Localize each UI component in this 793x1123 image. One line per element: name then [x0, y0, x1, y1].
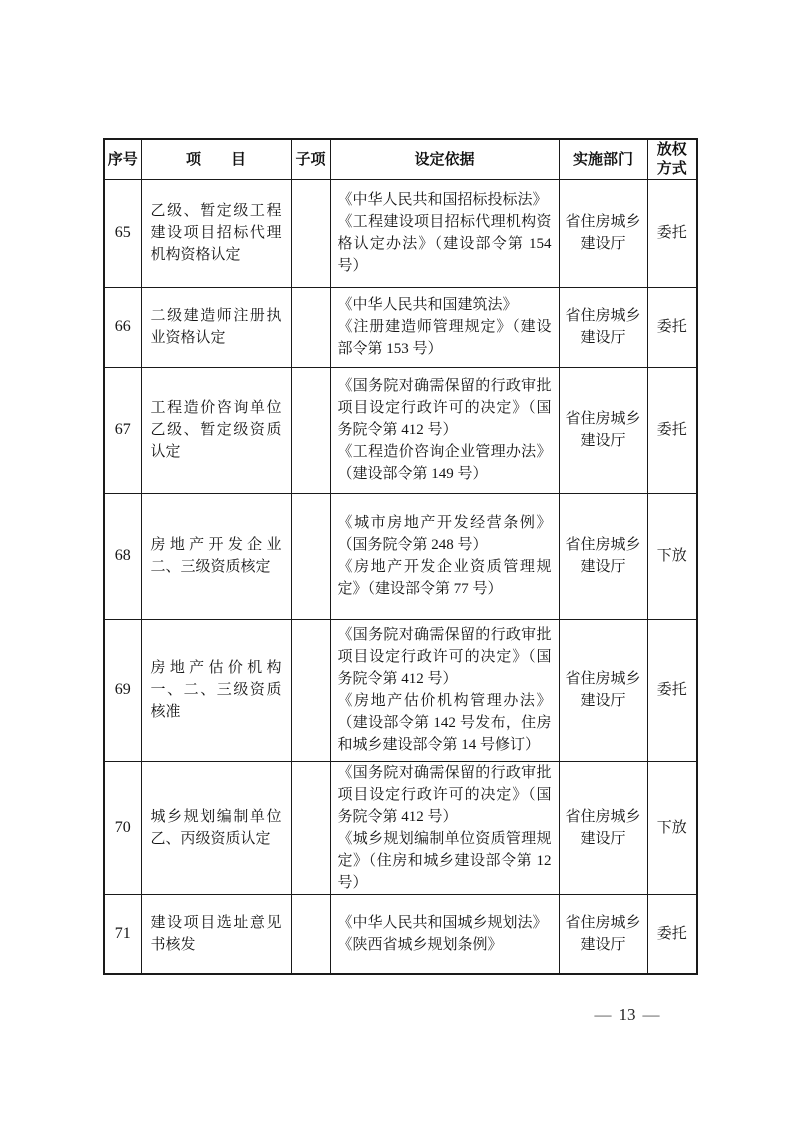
subitem [291, 179, 330, 287]
basis-citation: 《国务院对确需保留的行政审批项目设定行政许可的决定》（国务院令第 412 号） [338, 375, 552, 441]
subitem [291, 287, 330, 367]
project-name: 房地产开发企业二、三级资质核定 [151, 534, 282, 578]
department: 省住房城乡建设厅 [559, 894, 647, 974]
serial-number: 66 [104, 287, 141, 367]
serial-number: 71 [104, 894, 141, 974]
basis-citation: 《国务院对确需保留的行政审批项目设定行政许可的决定》（国务院令第 412 号） [338, 624, 552, 690]
basis-citation: 《工程建设项目招标代理机构资格认定办法》（建设部令第 154 号） [338, 211, 552, 277]
subitem [291, 493, 330, 619]
department: 省住房城乡建设厅 [559, 619, 647, 761]
table-header-row: 序号 项 目 子项 设定依据 实施部门 放权方式 [104, 139, 697, 179]
department: 省住房城乡建设厅 [559, 367, 647, 493]
header-basis: 设定依据 [330, 139, 559, 179]
basis-citation: 《中华人民共和国建筑法》 [338, 294, 552, 316]
table-row-68: 68 房地产开发企业二、三级资质核定 《城市房地产开发经营条例》（国务院令第 2… [104, 493, 697, 619]
project-name: 建设项目选址意见书核发 [151, 912, 282, 956]
serial-number: 68 [104, 493, 141, 619]
delegation-method: 委托 [647, 287, 697, 367]
header-method: 放权方式 [647, 139, 697, 179]
serial-number: 65 [104, 179, 141, 287]
header-department: 实施部门 [559, 139, 647, 179]
delegation-method: 下放 [647, 761, 697, 894]
table-row-67: 67 工程造价咨询单位乙级、暂定级资质认定 《国务院对确需保留的行政审批项目设定… [104, 367, 697, 493]
department: 省住房城乡建设厅 [559, 287, 647, 367]
footer-right-dash: — [643, 1005, 660, 1025]
header-subitem: 子项 [291, 139, 330, 179]
delegation-method: 委托 [647, 179, 697, 287]
subitem [291, 367, 330, 493]
table-row-71: 71 建设项目选址意见书核发 《中华人民共和国城乡规划法》 《陕西省城乡规划条例… [104, 894, 697, 974]
table-row-66: 66 二级建造师注册执业资格认定 《中华人民共和国建筑法》 《注册建造师管理规定… [104, 287, 697, 367]
serial-number: 69 [104, 619, 141, 761]
header-project: 项 目 [141, 139, 291, 179]
document-page: 序号 项 目 子项 设定依据 实施部门 放权方式 65 乙级、暂定级工程建设项目… [0, 0, 793, 1123]
basis-citation: 《房地产估价机构管理办法》（建设部令第 142 号发布，住房和城乡建设部令第 1… [338, 690, 552, 756]
table-row-70: 70 城乡规划编制单位乙、丙级资质认定 《国务院对确需保留的行政审批项目设定行政… [104, 761, 697, 894]
subitem [291, 894, 330, 974]
subitem [291, 761, 330, 894]
table-row-65: 65 乙级、暂定级工程建设项目招标代理机构资格认定 《中华人民共和国招标投标法》… [104, 179, 697, 287]
department: 省住房城乡建设厅 [559, 493, 647, 619]
subitem [291, 619, 330, 761]
table-row-69: 69 房地产估价机构一、二、三级资质核准 《国务院对确需保留的行政审批项目设定行… [104, 619, 697, 761]
header-serial-number: 序号 [104, 139, 141, 179]
department: 省住房城乡建设厅 [559, 761, 647, 894]
project-name: 工程造价咨询单位乙级、暂定级资质认定 [151, 397, 282, 463]
basis-citation: 《中华人民共和国招标投标法》 [338, 189, 552, 211]
delegation-method: 下放 [647, 493, 697, 619]
project-name: 乙级、暂定级工程建设项目招标代理机构资格认定 [151, 200, 282, 266]
footer-left-dash: — [595, 1005, 612, 1025]
serial-number: 67 [104, 367, 141, 493]
delegation-method: 委托 [647, 619, 697, 761]
project-name: 城乡规划编制单位乙、丙级资质认定 [151, 806, 282, 850]
delegation-method: 委托 [647, 367, 697, 493]
project-name: 房地产估价机构一、二、三级资质核准 [151, 657, 282, 723]
basis-citation: 《陕西省城乡规划条例》 [338, 934, 552, 956]
serial-number: 70 [104, 761, 141, 894]
delegation-method: 委托 [647, 894, 697, 974]
basis-citation: 《城市房地产开发经营条例》（国务院令第 248 号） [338, 512, 552, 556]
project-name: 二级建造师注册执业资格认定 [151, 305, 282, 349]
department: 省住房城乡建设厅 [559, 179, 647, 287]
basis-citation: 《房地产开发企业资质管理规定》（建设部令第 77 号） [338, 556, 552, 600]
page-footer: — 13 — [582, 1005, 672, 1025]
basis-citation: 《国务院对确需保留的行政审批项目设定行政许可的决定》（国务院令第 412 号） [338, 762, 552, 828]
basis-citation: 《城乡规划编制单位资质管理规定》（住房和城乡建设部令第 12 号） [338, 828, 552, 894]
basis-citation: 《中华人民共和国城乡规划法》 [338, 912, 552, 934]
basis-citation: 《注册建造师管理规定》（建设部令第 153 号） [338, 316, 552, 360]
page-number: 13 [619, 1005, 636, 1025]
authorization-items-table: 序号 项 目 子项 设定依据 实施部门 放权方式 65 乙级、暂定级工程建设项目… [103, 138, 698, 975]
basis-citation: 《工程造价咨询企业管理办法》（建设部令第 149 号） [338, 441, 552, 485]
